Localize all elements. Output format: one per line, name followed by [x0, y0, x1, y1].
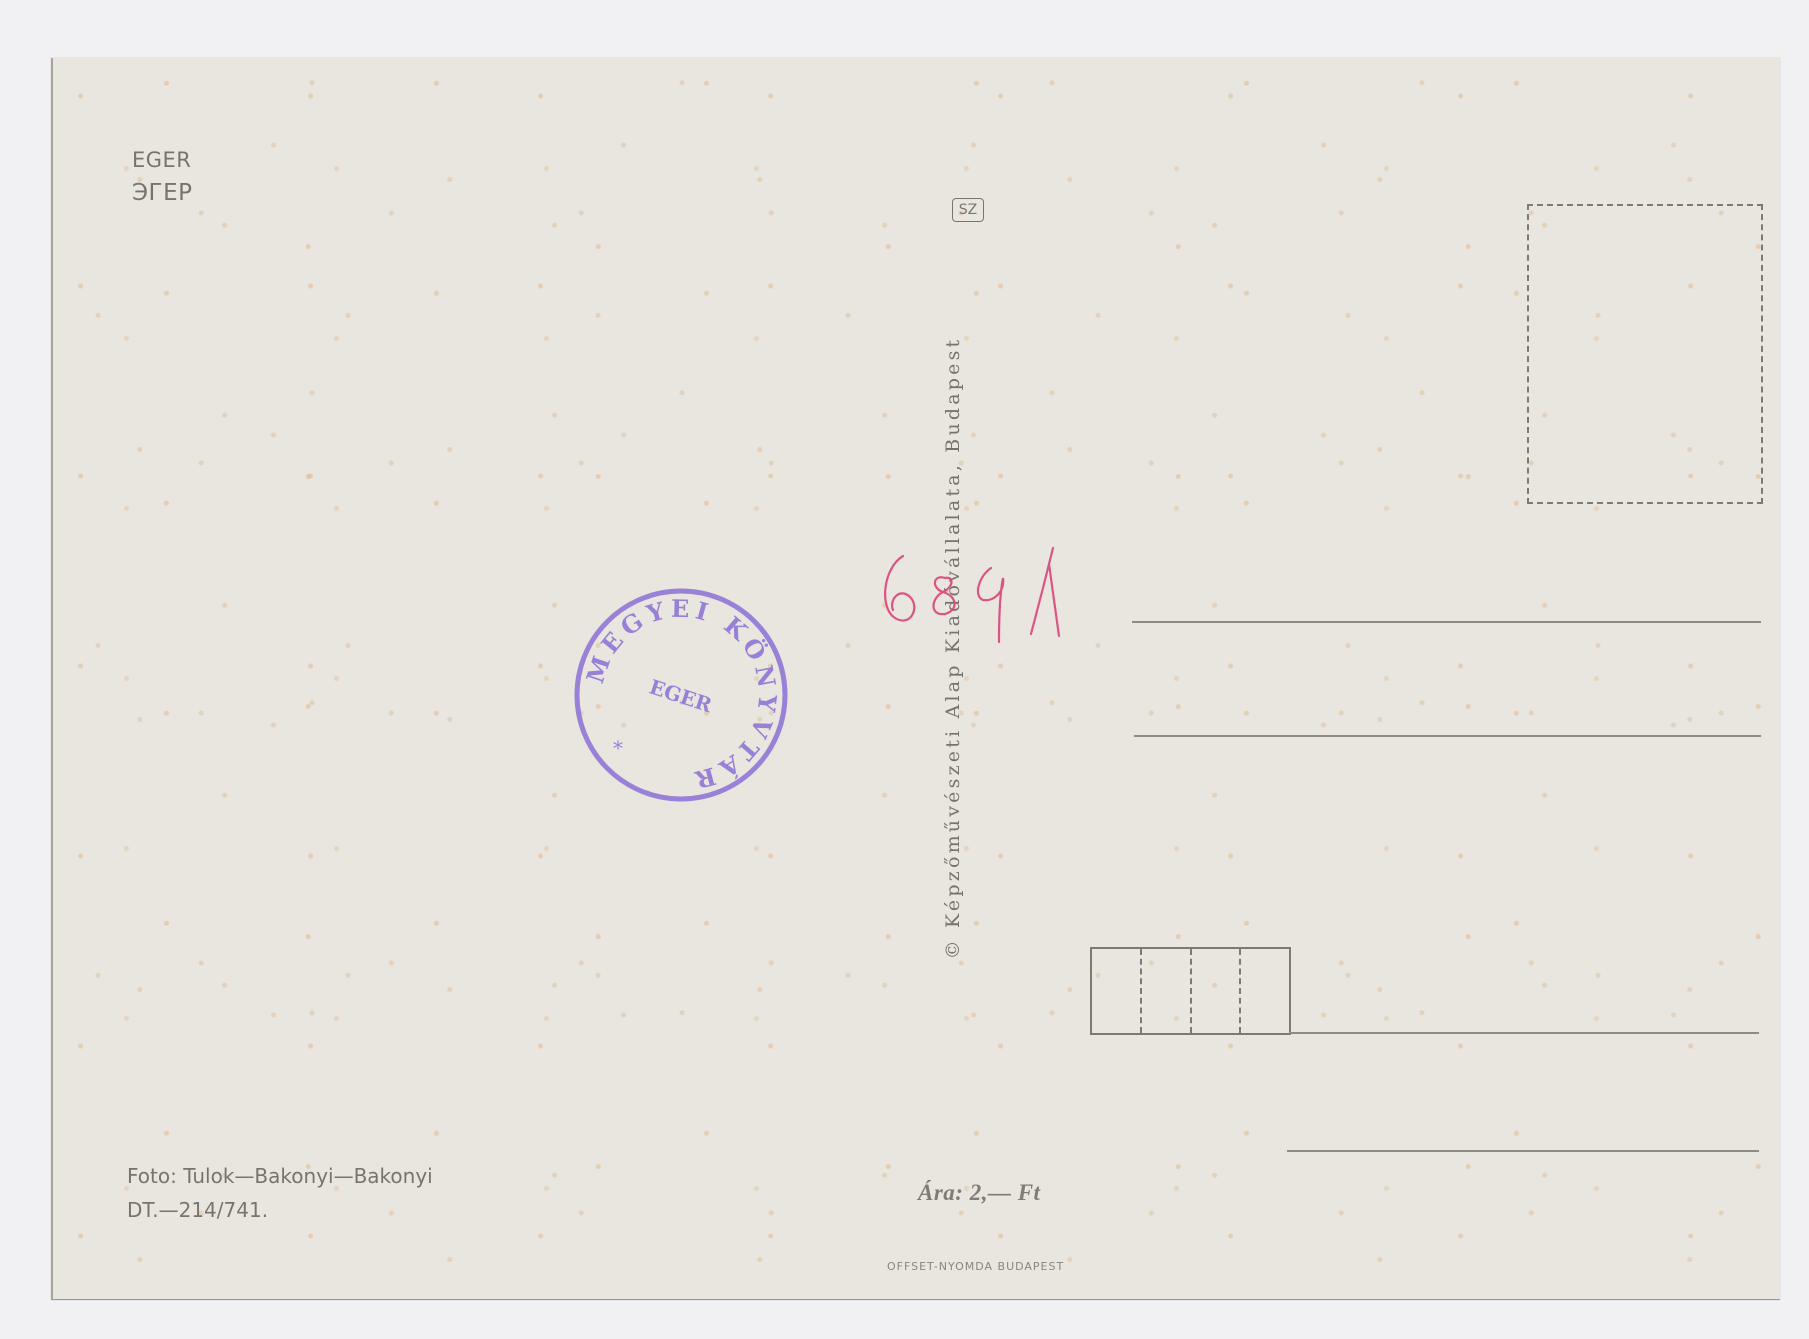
address-line: [1134, 735, 1761, 737]
publisher-text: © Képzőművészeti Alap Kiadóvállalata, Bu…: [942, 337, 964, 960]
address-line: [1287, 1150, 1759, 1152]
price-label: Ára: 2,— Ft: [918, 1180, 1040, 1206]
stamp-star: *: [613, 736, 623, 760]
postcode-cell: [1241, 949, 1289, 1033]
postage-stamp-box: [1527, 204, 1763, 504]
catalog-code: DT.—214/741.: [127, 1198, 268, 1222]
handwritten-number: 6841: [873, 538, 1073, 648]
printer-label: OFFSET-NYOMDA BUDAPEST: [887, 1260, 1064, 1273]
postcode-cell: [1192, 949, 1242, 1033]
library-stamp: MEGYEI KÖNYVTÁR EGER *: [571, 585, 791, 805]
postcode-cell: [1092, 949, 1142, 1033]
address-line: [1132, 621, 1761, 623]
postcode-cell: [1142, 949, 1192, 1033]
address-line: [1289, 1032, 1759, 1034]
location-title: EGER: [132, 148, 191, 172]
postcode-boxes: [1090, 947, 1291, 1035]
postcard-back: EGER ЭГЕР SZ © Képzőművészeti Alap Kiadó…: [51, 58, 1780, 1300]
stamp-center-text: EGER: [646, 675, 715, 718]
location-title-cyrillic: ЭГЕР: [132, 180, 193, 206]
publisher-logo: SZ: [952, 198, 984, 222]
photo-credits: Foto: Tulok—Bakonyi—Bakonyi: [127, 1164, 433, 1188]
